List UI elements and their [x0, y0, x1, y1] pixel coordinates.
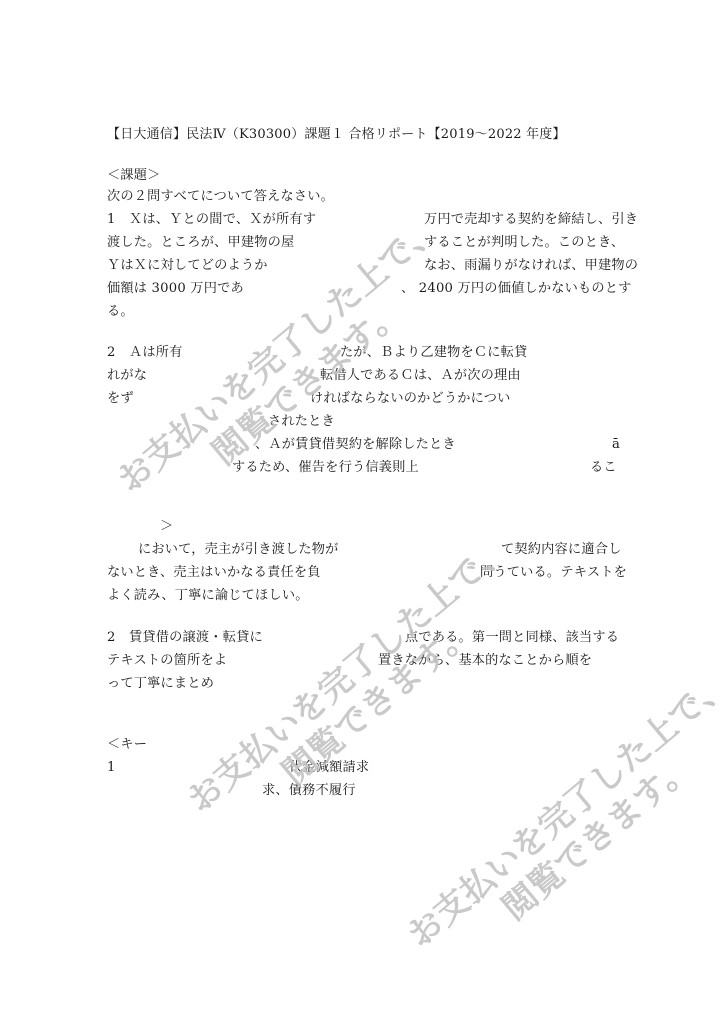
q1-line-2b: することが判明した。このとき、 [424, 235, 624, 251]
q2-line-6b: るこ [590, 460, 617, 476]
keyword-1-text: 代金減額請求 [289, 760, 369, 776]
q1-line-3a: ＹはＸに対してどのようか [107, 258, 268, 274]
keyword-1-text2: 求、債務不履行 [262, 783, 356, 799]
watermark-line-2: 閲覧できます。 [426, 694, 724, 986]
q2-line-2b: 転借人であるＣは、Ａが次の理由 [320, 368, 521, 384]
advice-p1-line-2a: ないとき、売主はいかなる責任を負 [107, 565, 321, 581]
q2-line-3b: ければならないのかどうかについ [310, 391, 511, 407]
q1-line-5: る。 [107, 304, 134, 320]
advice-p1-line-2b: 問うている。テキストを [480, 565, 627, 581]
document-page: 【日大通信】民法Ⅳ（K30300）課題１ 合格リポート【2019～2022 年度… [0, 0, 724, 1024]
advice-p2-line-2b: 置きながら、基本的なことから順を [378, 653, 592, 669]
q1-line-2a: 渡した。ところが、甲建物の屋 [107, 235, 294, 251]
q2-line-4: されたとき [268, 414, 335, 430]
advice-p2-line-1a: 2 賃貸借の譲渡・転貸に [107, 630, 263, 646]
advice-p1-line-1a: において，売主が引き渡した物が [138, 542, 339, 558]
assignment-heading: ＜課題＞ [107, 168, 161, 184]
q1-line-4a: 価額は 3000 万円であ [107, 281, 244, 297]
document-title: 【日大通信】民法Ⅳ（K30300）課題１ 合格リポート【2019～2022 年度… [107, 127, 566, 143]
watermark-line-1: お支払いを完了した上で、 [400, 663, 724, 955]
assignment-instruction: 次の２問すべてについて答えなさい。 [107, 189, 334, 205]
q2-line-1a: 2 Ａは所有 [107, 345, 183, 361]
keyword-1-number: 1 [107, 760, 116, 776]
q2-line-1b: たが、Ｂより乙建物をＣに転貸 [340, 345, 527, 361]
q2-line-3a: をず [107, 391, 134, 407]
q1-line-3b: なお、雨漏りがなければ、甲建物の [424, 258, 638, 274]
q2-line-5a: 、Ａが賃貸借契約を解除したとき [255, 437, 456, 453]
q1-line-1b: 万円で売却する契約を締結し、引き [424, 212, 638, 228]
q1-line-1a: 1 Ｘは、Ｙとの間で、Ｘが所有す [107, 212, 316, 228]
advice-p2-line-2a: テキストの箇所をよ [107, 653, 227, 669]
watermark-bottom: お支払いを完了した上で、 閲覧できます。 [400, 663, 724, 986]
advice-p1-line-3: よく読み、丁寧に論じてほしい。 [107, 588, 309, 604]
advice-p2-line-1b: 点である。第一問と同様、該当する [405, 630, 619, 646]
keywords-heading: ＜キー [107, 737, 147, 753]
advice-p2-line-3: って丁寧にまとめ [107, 676, 214, 692]
q1-line-4b: 、 2400 万円の価値しかないものとす [401, 281, 632, 297]
q2-line-6a: するため、催告を行う信義則上 [232, 460, 419, 476]
q2-line-2a: れがな [107, 368, 147, 384]
advice-p1-line-1b: て契約内容に適合し [501, 542, 622, 558]
q2-line-5b: ā [612, 437, 620, 453]
advice-heading: ＞ [160, 519, 173, 535]
